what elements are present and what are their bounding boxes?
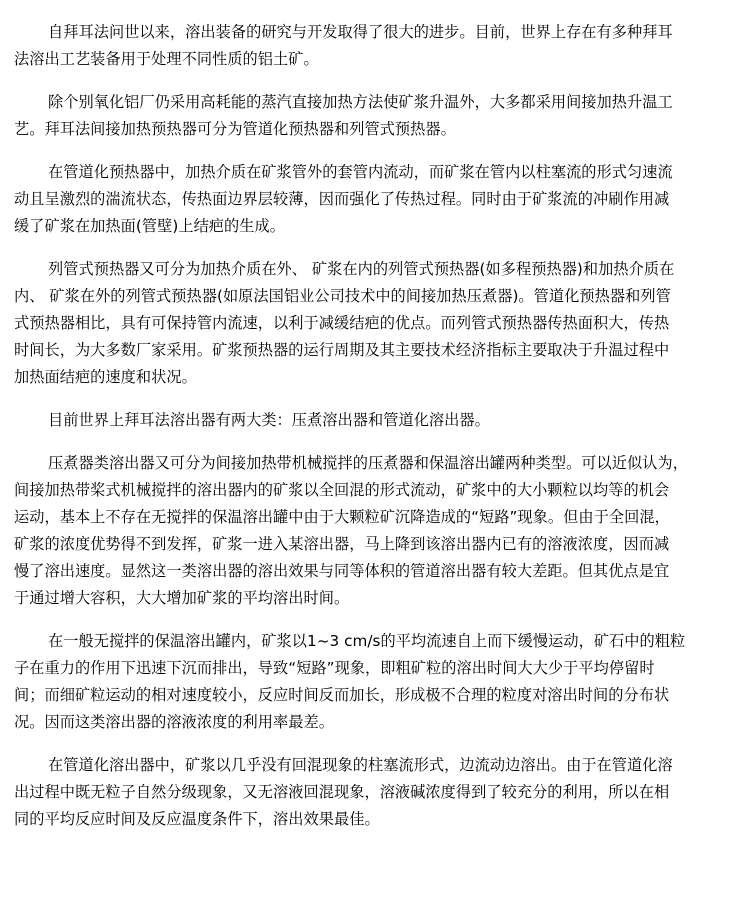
paragraph-2: 除个别氧化铝厂仍采用高耗能的蒸汽直接加热方法使矿浆升温外，大多都采用间接加热升温…: [14, 89, 714, 143]
text-line: 加热面结疤的速度和状况。: [14, 364, 714, 391]
paragraph-6: 压煮器类溶出器又可分为间接加热带机械搅拌的压煮器和保温溶出罐两种类型。可以近似认…: [14, 450, 714, 612]
text-line: 时间长，为大多数厂家采用。矿浆预热器的运行周期及其主要技术经济指标主要取决于升温…: [14, 337, 714, 364]
paragraph-7: 在一般无搅拌的保温溶出罐内，矿浆以1~3 cm/s的平均流速自上而下缓慢运动，矿…: [14, 628, 714, 736]
text-line: 同的平均反应时间及反应温度条件下，溶出效果最佳。: [14, 806, 714, 833]
text-line: 动且呈激烈的湍流状态，传热面边界层较薄，因而强化了传热过程。同时由于矿浆流的冲刷…: [14, 186, 714, 213]
text-line: 内、 矿浆在外的列管式预热器(如原法国铝业公司技术中的间接加热压煮器)。管道化预…: [14, 283, 714, 310]
paragraph-1: 自拜耳法问世以来，溶出装备的研究与开发取得了很大的进步。目前，世界上存在有多种拜…: [14, 19, 714, 73]
paragraph-8: 在管道化溶出器中，矿浆以几乎没有回混现象的柱塞流形式，边流动边溶出。由于在管道化…: [14, 752, 714, 833]
text-line: 于通过增大容积，大大增加矿浆的平均溶出时间。: [14, 585, 714, 612]
paragraph-4: 列管式预热器又可分为加热介质在外、 矿浆在内的列管式预热器(如多程预热器)和加热…: [14, 256, 714, 391]
text-line: 子在重力的作用下迅速下沉而排出，导致“短路”现象，即粗矿粒的溶出时间大大少于平均…: [14, 655, 714, 682]
text-line: 在一般无搅拌的保温溶出罐内，矿浆以1~3 cm/s的平均流速自上而下缓慢运动，矿…: [14, 628, 714, 655]
text-line: 出过程中既无粒子自然分级现象，又无溶液回混现象，溶液碱浓度得到了较充分的利用，所…: [14, 779, 714, 806]
text-line: 艺。拜耳法间接加热预热器可分为管道化预热器和列管式预热器。: [14, 116, 714, 143]
paragraph-3: 在管道化预热器中，加热介质在矿浆管外的套管内流动，而矿浆在管内以柱塞流的形式匀速…: [14, 159, 714, 240]
paragraph-5: 目前世界上拜耳法溶出器有两大类：压煮溶出器和管道化溶出器。: [14, 407, 714, 434]
text-line: 除个别氧化铝厂仍采用高耗能的蒸汽直接加热方法使矿浆升温外，大多都采用间接加热升温…: [14, 89, 714, 116]
text-line: 法溶出工艺装备用于处理不同性质的铝土矿。: [14, 46, 714, 73]
text-line: 间；而细矿粒运动的相对速度较小，反应时间反而加长，形成极不合理的粒度对溶出时间的…: [14, 682, 714, 709]
text-line: 况。因而这类溶出器的溶液浓度的利用率最差。: [14, 709, 714, 736]
text-line: 列管式预热器又可分为加热介质在外、 矿浆在内的列管式预热器(如多程预热器)和加热…: [14, 256, 714, 283]
text-line: 在管道化预热器中，加热介质在矿浆管外的套管内流动，而矿浆在管内以柱塞流的形式匀速…: [14, 159, 714, 186]
text-line: 在管道化溶出器中，矿浆以几乎没有回混现象的柱塞流形式，边流动边溶出。由于在管道化…: [14, 752, 714, 779]
text-line: 慢了溶出速度。显然这一类溶出器的溶出效果与同等体积的管道溶出器有较大差距。但其优…: [14, 558, 714, 585]
document-body: 自拜耳法问世以来，溶出装备的研究与开发取得了很大的进步。目前，世界上存在有多种拜…: [0, 0, 714, 833]
text-line: 间接加热带桨式机械搅拌的溶出器内的矿浆以全回混的形式流动，矿浆中的大小颗粒以均等…: [14, 477, 714, 504]
text-line: 矿浆的浓度优势得不到发挥，矿浆一进入某溶出器，马上降到该溶出器内已有的溶液浓度，…: [14, 531, 714, 558]
text-line: 运动，基本上不存在无搅拌的保温溶出罐中由于大颗粒矿沉降造成的“短路”现象。但由于…: [14, 504, 714, 531]
text-line: 自拜耳法问世以来，溶出装备的研究与开发取得了很大的进步。目前，世界上存在有多种拜…: [14, 19, 714, 46]
text-line: 缓了矿浆在加热面(管壁)上结疤的生成。: [14, 213, 714, 240]
text-line: 目前世界上拜耳法溶出器有两大类：压煮溶出器和管道化溶出器。: [14, 407, 714, 434]
text-line: 压煮器类溶出器又可分为间接加热带机械搅拌的压煮器和保温溶出罐两种类型。可以近似认…: [14, 450, 714, 477]
text-line: 式预热器相比，具有可保持管内流速，以利于减缓结疤的优点。而列管式预热器传热面积大…: [14, 310, 714, 337]
